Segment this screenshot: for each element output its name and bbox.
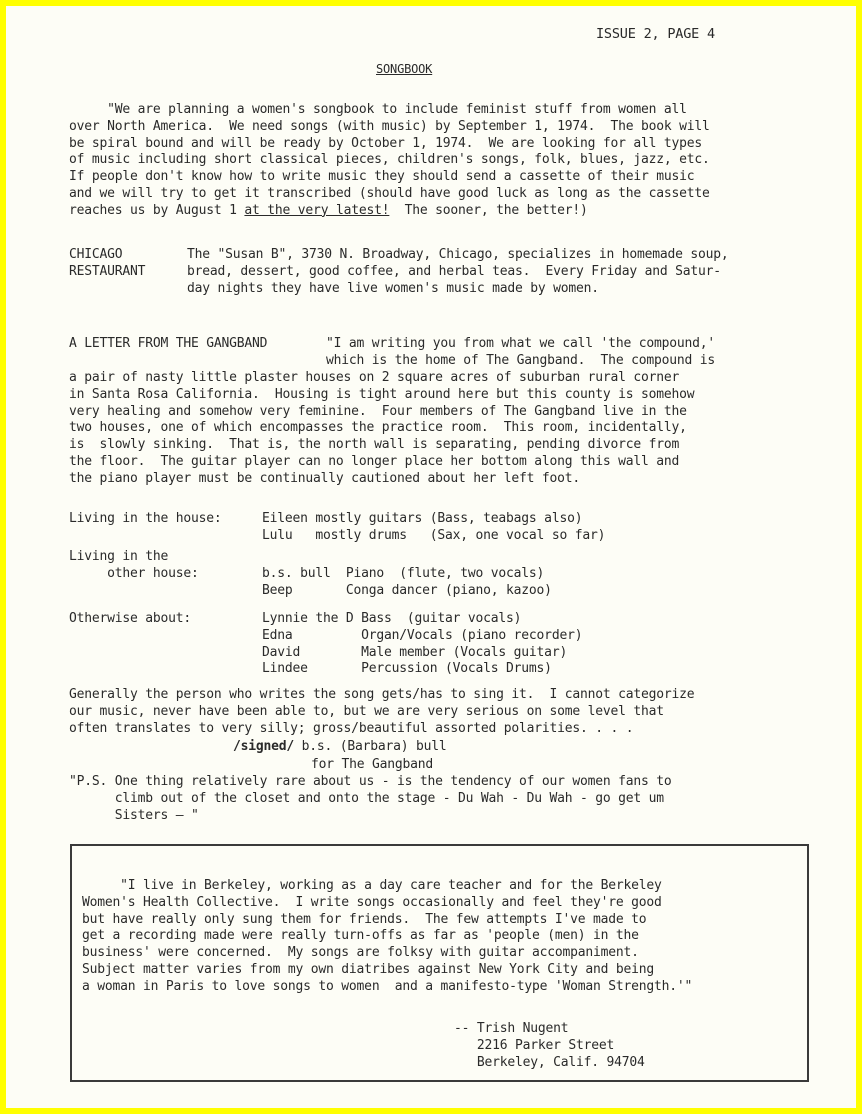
text-line: the piano player must be continually cau… [69,471,829,488]
label-line: RESTAURANT [69,264,145,281]
songbook-paragraph: "We are planning a women's songbook to i… [69,102,829,220]
text-line: Subject matter varies from my own diatri… [82,962,842,979]
member-group-rows: Eileen mostly guitars (Bass, teabags als… [262,511,862,545]
text-line: two houses, one of which encompasses the… [69,420,829,437]
signature-org: for The Gangband [311,756,433,773]
text-line: climb out of the closet and onto the sta… [69,791,829,808]
label-line: Living in the [69,549,199,566]
member-row: David Male member (Vocals guitar) [262,645,862,662]
author-name: -- Trish Nugent [454,1021,774,1038]
member-row: Lulu mostly drums (Sax, one vocal so far… [262,528,862,545]
text-line: bread, dessert, good coffee, and herbal … [187,264,862,281]
label-line: Otherwise about: [69,611,191,628]
text-line: our music, never have been able to, but … [69,704,829,721]
boxed-letter-text: "I live in Berkeley, working as a day ca… [82,878,842,996]
boxed-letter-signoff: -- Trish Nugent 2216 Parker Street Berke… [454,1021,774,1071]
text-line: and we will try to get it transcribed (s… [69,186,829,203]
text-span: reaches us by August 1 [69,203,244,218]
text-line: The "Susan B", 3730 N. Broadway, Chicago… [187,247,862,264]
label-line: Living in the house: [69,511,222,528]
text-line: "P.S. One thing relatively rare about us… [69,774,829,791]
gangband-closing: Generally the person who writes the song… [69,687,829,737]
text-line: is slowly sinking. That is, the north wa… [69,437,829,454]
text-line: the floor. The guitar player can no long… [69,454,829,471]
newsletter-page: ISSUE 2, PAGE 4 SONGBOOK "We are plannin… [6,6,856,1108]
heading-text: A LETTER FROM THE GANGBAND [69,336,267,353]
chicago-restaurant-label: CHICAGO RESTAURANT [69,247,145,281]
text-line: Women's Health Collective. I write songs… [82,895,842,912]
member-group-label: Otherwise about: [69,611,191,628]
text-line: "I live in Berkeley, working as a day ca… [82,878,842,895]
member-row: Eileen mostly guitars (Bass, teabags als… [262,511,862,528]
text-line: business' were concerned. My songs are f… [82,945,842,962]
text-line: "We are planning a women's songbook to i… [69,102,829,119]
gangband-letter-body: a pair of nasty little plaster houses on… [69,370,829,488]
issue-page-number: ISSUE 2, PAGE 4 [596,26,715,42]
deadline-emphasis: at the very latest! [244,203,389,218]
text-line: Sisters — " [69,808,829,825]
member-row: Edna Organ/Vocals (piano recorder) [262,628,862,645]
member-group-rows: Lynnie the D Bass (guitar vocals) Edna O… [262,611,862,678]
label-line: CHICAGO [69,247,145,264]
text-line: of music including short classical piece… [69,152,829,169]
member-row: b.s. bull Piano (flute, two vocals) [262,566,862,583]
chicago-restaurant-text: The "Susan B", 3730 N. Broadway, Chicago… [187,247,862,297]
text-line: If people don't know how to write music … [69,169,829,186]
text-line: very healing and somehow very feminine. … [69,404,829,421]
member-row: Lindee Percussion (Vocals Drums) [262,661,862,678]
gangband-heading: A LETTER FROM THE GANGBAND [69,336,267,353]
text-line: over North America. We need songs (with … [69,119,829,136]
label-line: other house: [69,566,199,583]
postscript: "P.S. One thing relatively rare about us… [69,774,829,824]
text-line: a woman in Paris to love songs to women … [82,979,842,996]
member-row: Lynnie the D Bass (guitar vocals) [262,611,862,628]
signature-line: /signed/ b.s. (Barbara) bull [233,738,447,755]
text-line: day nights they have live women's music … [187,281,862,298]
member-row: Beep Conga dancer (piano, kazoo) [262,583,862,600]
text-line: but have really only sung them for frien… [82,912,842,929]
gangband-letter-opening: "I am writing you from what we call 'the… [326,336,862,370]
text-line: Generally the person who writes the song… [69,687,829,704]
text-line: which is the home of The Gangband. The c… [326,353,862,370]
member-group-label: Living in the other house: [69,549,199,583]
author-street: 2216 Parker Street [454,1038,774,1055]
author-city: Berkeley, Calif. 94704 [454,1055,774,1072]
signed-mark: /signed/ [233,739,294,754]
text-line: "I am writing you from what we call 'the… [326,336,862,353]
text-line: reaches us by August 1 at the very lates… [69,203,829,220]
text-line: get a recording made were really turn-of… [82,928,842,945]
text-line: a pair of nasty little plaster houses on… [69,370,829,387]
text-line: in Santa Rosa California. Housing is tig… [69,387,829,404]
member-group-rows: b.s. bull Piano (flute, two vocals) Beep… [262,566,862,600]
member-group-label: Living in the house: [69,511,222,528]
section-title-songbook: SONGBOOK [376,62,432,76]
signature-name: b.s. (Barbara) bull [294,739,447,754]
text-line: often translates to very silly; gross/be… [69,721,829,738]
text-span: The sooner, the better!) [389,203,587,218]
text-line: be spiral bound and will be ready by Oct… [69,136,829,153]
